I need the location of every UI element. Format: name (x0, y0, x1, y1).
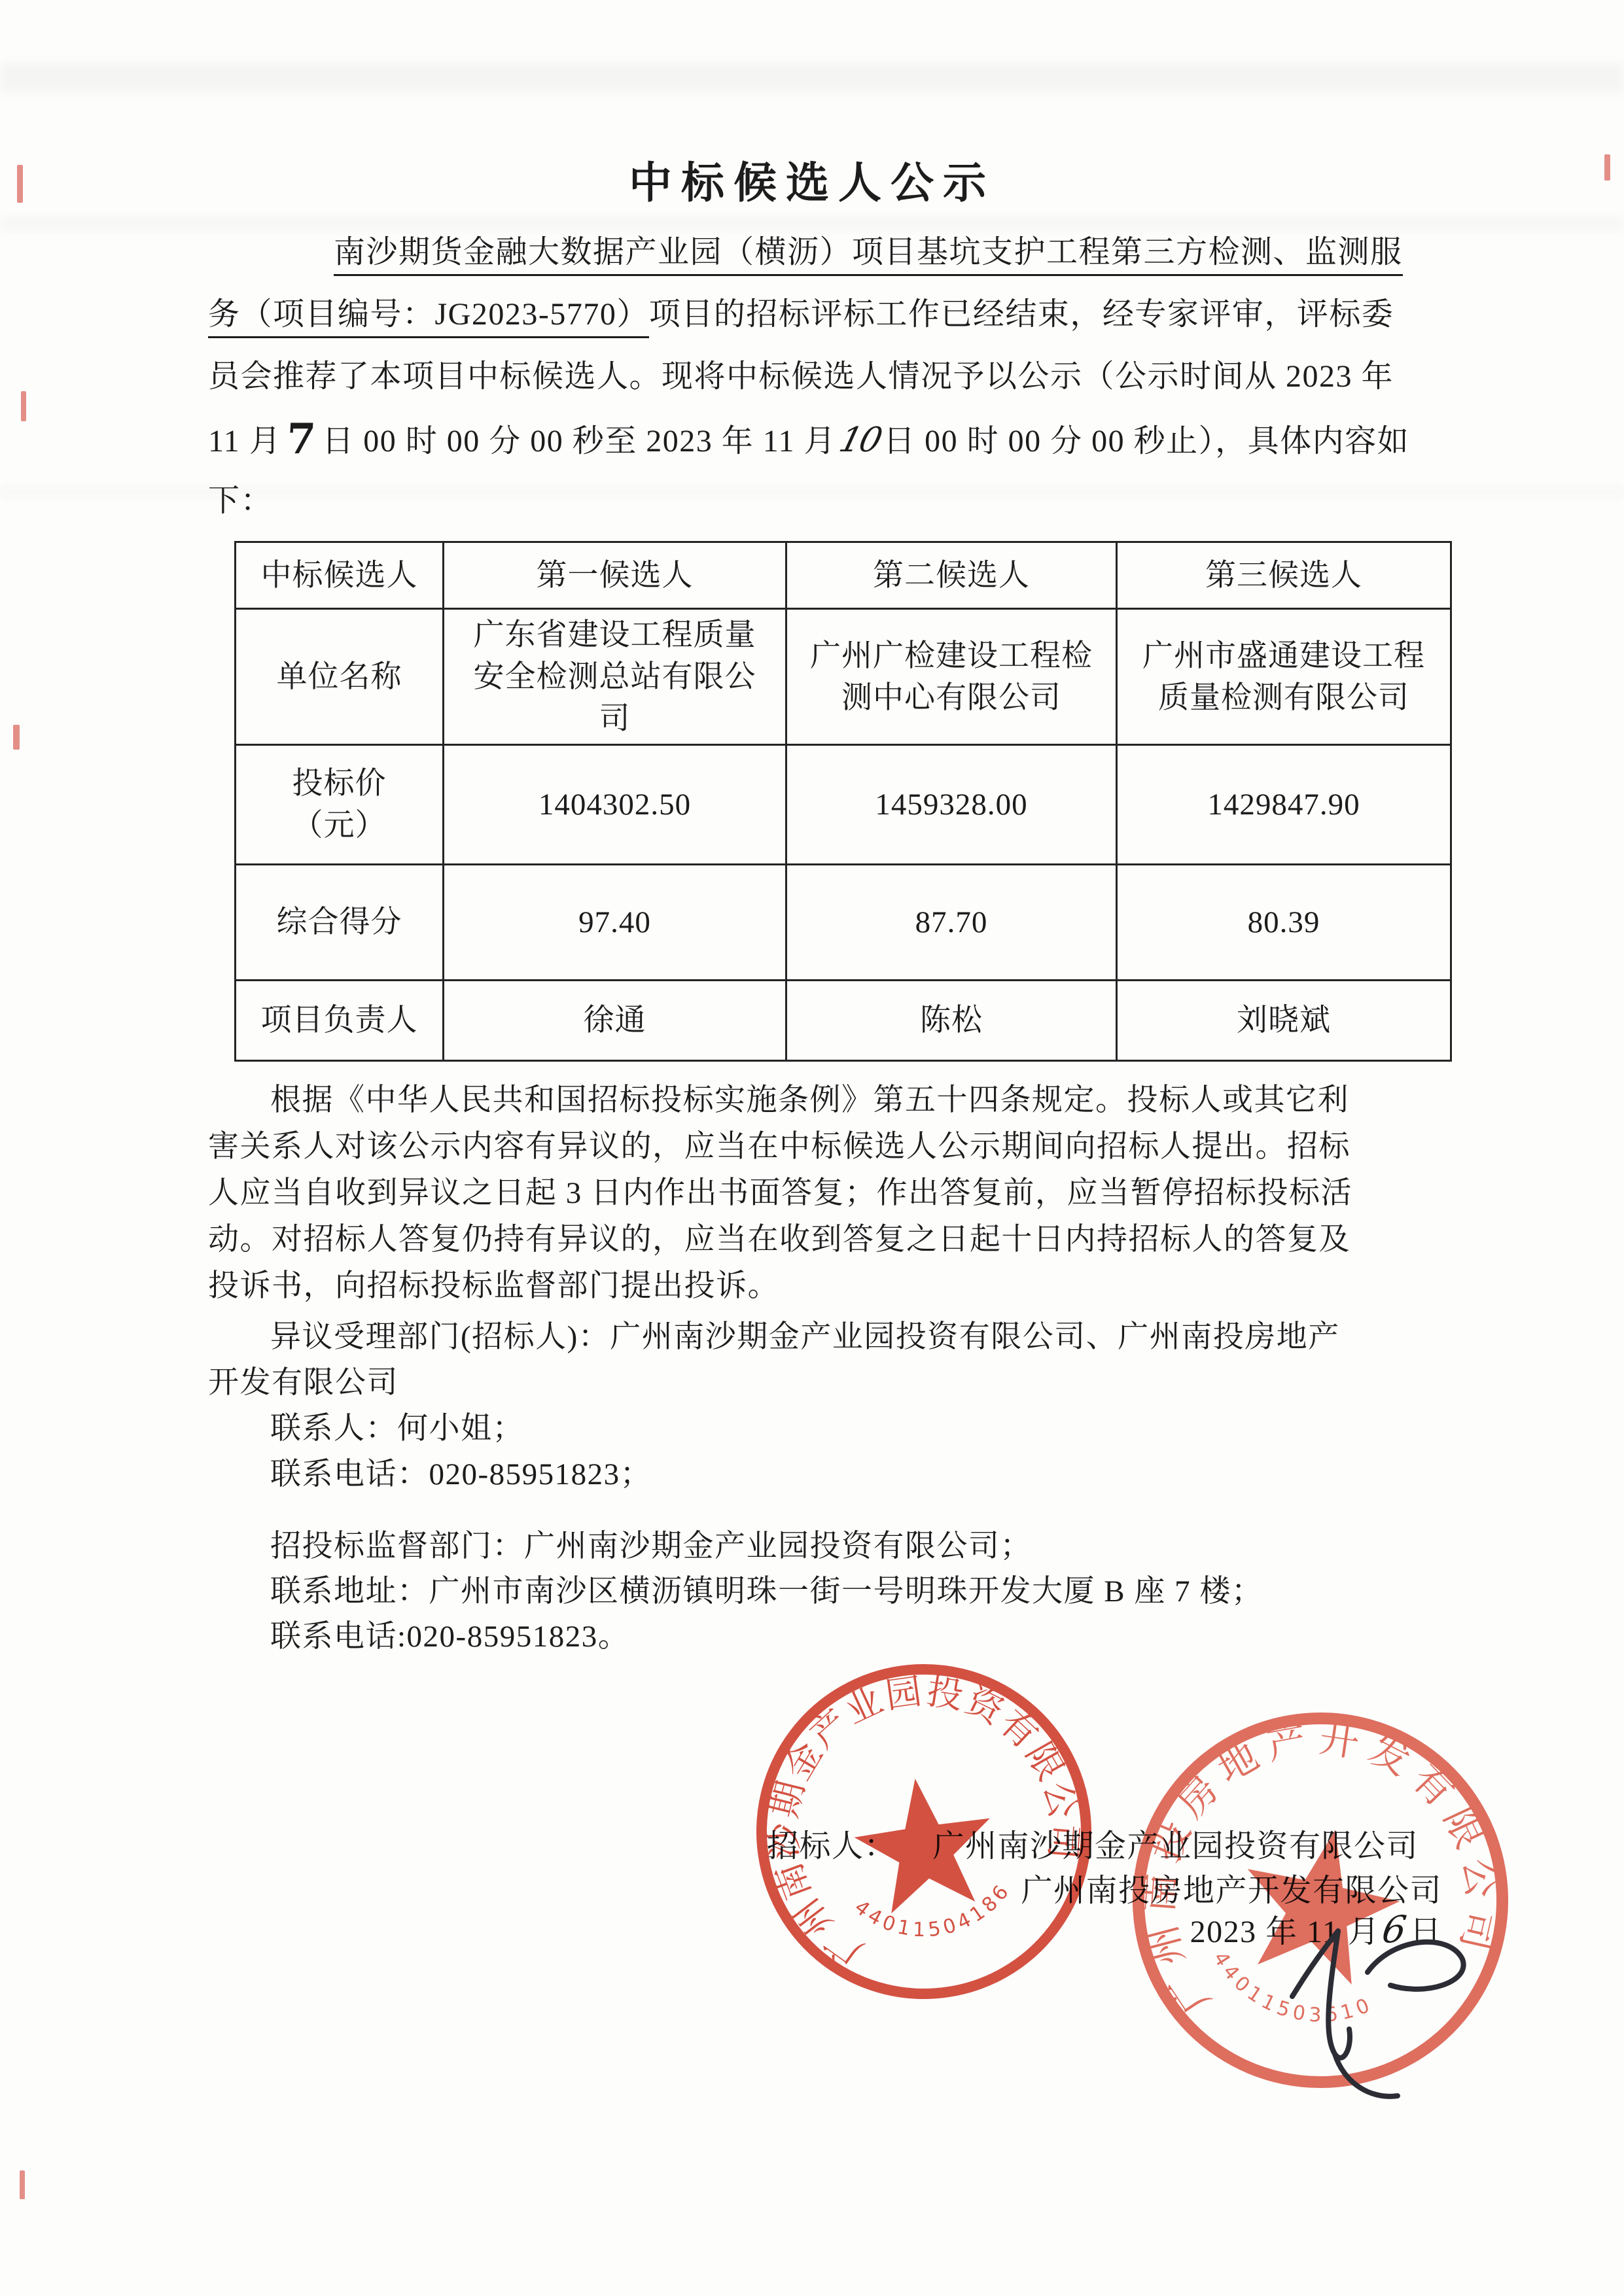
underlined-project-number: 务（项目编号：JG2023-5770） (208, 297, 649, 338)
legal-line-4: 动。对招标人答复仍持有异议的，应当在收到答复之日起十日内持招标人的答复及 (208, 1215, 1350, 1259)
bid-price-cell: 1459328.00 (786, 745, 1117, 865)
intro-line-1: 南沙期货金融大数据产业园（横沥）项目基坑支护工程第三方检测、监测服 (334, 226, 1403, 271)
bid-price-cell: 1429847.90 (1117, 745, 1451, 865)
signature-stroke (1328, 1931, 1350, 2058)
table-row-bid-price: 投标价（元） 1404302.50 1459328.00 1429847.90 (236, 745, 1451, 865)
seal-star-icon (847, 1769, 1001, 1917)
company-cell: 广州广检建设工程检测中心有限公司 (786, 609, 1117, 745)
legal-line-2: 害关系人对该公示内容有异议的，应当在中标候选人公示期间向招标人提出。招标 (208, 1122, 1350, 1166)
intro-line-3: 员会推荐了本项目中标候选人。现将中标候选人情况予以公示（公示时间从 2023 年 (208, 351, 1394, 396)
handwritten-signature (1269, 1884, 1610, 2185)
scan-speck (13, 725, 20, 750)
company-cell: 广东省建设工程质量安全检测总站有限公司 (444, 609, 786, 745)
header-candidate: 中标候选人 (236, 542, 444, 609)
header-third-candidate: 第三候选人 (1117, 542, 1451, 609)
intro-line-2: 务（项目编号：JG2023-5770）项目的招标评标工作已经结束，经专家评审，评… (208, 288, 1394, 334)
manager-cell: 徐通 (444, 981, 786, 1061)
header-second-candidate: 第二候选人 (786, 542, 1117, 609)
page-title: 中标候选人公示 (0, 148, 1624, 210)
table-row-score: 综合得分 97.40 87.70 80.39 (236, 865, 1451, 981)
objection-dept-line: 异议受理部门(招标人)：广州南沙期金产业园投资有限公司、广州南投房地产 (270, 1312, 1340, 1356)
score-cell: 97.40 (444, 865, 786, 981)
scan-speck (21, 391, 26, 421)
row-label: 单位名称 (236, 609, 444, 745)
manager-cell: 陈松 (786, 981, 1117, 1061)
intro-line-5: 下： (208, 475, 273, 520)
underlined-project-name: 南沙期货金融大数据产业园（横沥）项目基坑支护工程第三方检测、监测服 (334, 235, 1403, 276)
candidates-table: 中标候选人 第一候选人 第二候选人 第三候选人 单位名称 广东省建设工程质量安全… (234, 541, 1452, 1062)
objection-dept-line-2: 开发有限公司 (208, 1358, 398, 1402)
signature-stroke (1335, 2054, 1398, 2096)
handwritten-day-7: 7 (285, 415, 318, 464)
supervision-dept-line: 招投标监督部门：广州南沙期金产业园投资有限公司； (270, 1522, 1032, 1565)
signature-stroke (1368, 1942, 1464, 1989)
table-header-row: 中标候选人 第一候选人 第二候选人 第三候选人 (236, 542, 1451, 609)
manager-cell: 刘晓斌 (1117, 981, 1451, 1061)
intro-line-4-text: 11 月 (208, 424, 281, 459)
bid-price-cell: 1404302.50 (444, 745, 786, 865)
supervision-address-line: 联系地址：广州市南沙区横沥镇明珠一街一号明珠开发大厦 B 座 7 楼； (270, 1567, 1263, 1610)
scan-streak (0, 63, 1624, 93)
row-label: 项目负责人 (236, 981, 444, 1061)
legal-line-1: 根据《中华人民共和国招标投标实施条例》第五十四条规定。投标人或其它利 (270, 1075, 1349, 1119)
legal-line-3: 人应当自收到异议之日起 3 日内作出书面答复；作出答复前，应当暂停招标投标活 (208, 1168, 1352, 1212)
scan-speck (20, 2170, 25, 2199)
intro-line-2-rest: 项目的招标评标工作已经结束，经专家评审，评标委 (649, 297, 1394, 332)
company-cell: 广州市盛通建设工程质量检测有限公司 (1117, 609, 1451, 745)
legal-line-5: 投诉书，向招标投标监督部门提出投诉。 (208, 1261, 779, 1305)
intro-line-4-text: 日 00 时 00 分 00 秒至 2023 年 11 月 (322, 424, 836, 459)
score-cell: 80.39 (1117, 865, 1451, 981)
header-first-candidate: 第一候选人 (444, 542, 786, 609)
intro-line-4-text: 日 00 时 00 分 00 秒止），具体内容如 (883, 424, 1409, 459)
document-page: 中标候选人公示 南沙期货金融大数据产业园（横沥）项目基坑支护工程第三方检测、监测… (0, 0, 1624, 2296)
row-label: 综合得分 (236, 865, 444, 981)
handwritten-day-10: 10 (836, 421, 885, 460)
intro-line-4: 11 月7日 00 时 00 分 00 秒至 2023 年 11 月10日 00… (208, 413, 1409, 462)
contact-person-line: 联系人：何小姐； (270, 1404, 524, 1448)
supervision-phone-line: 联系电话:020-85951823。 (270, 1612, 629, 1656)
score-cell: 87.70 (786, 865, 1117, 981)
table-row-company: 单位名称 广东省建设工程质量安全检测总站有限公司 广州广检建设工程检测中心有限公… (236, 609, 1451, 745)
company-seal-left: 广州南沙期金产业园投资有限公司 4401150418693 (717, 1625, 1131, 2038)
table-row-project-manager: 项目负责人 徐通 陈松 刘晓斌 (236, 981, 1451, 1061)
contact-phone-line: 联系电话：020-85951823； (270, 1450, 652, 1493)
row-label: 投标价（元） (236, 745, 444, 865)
